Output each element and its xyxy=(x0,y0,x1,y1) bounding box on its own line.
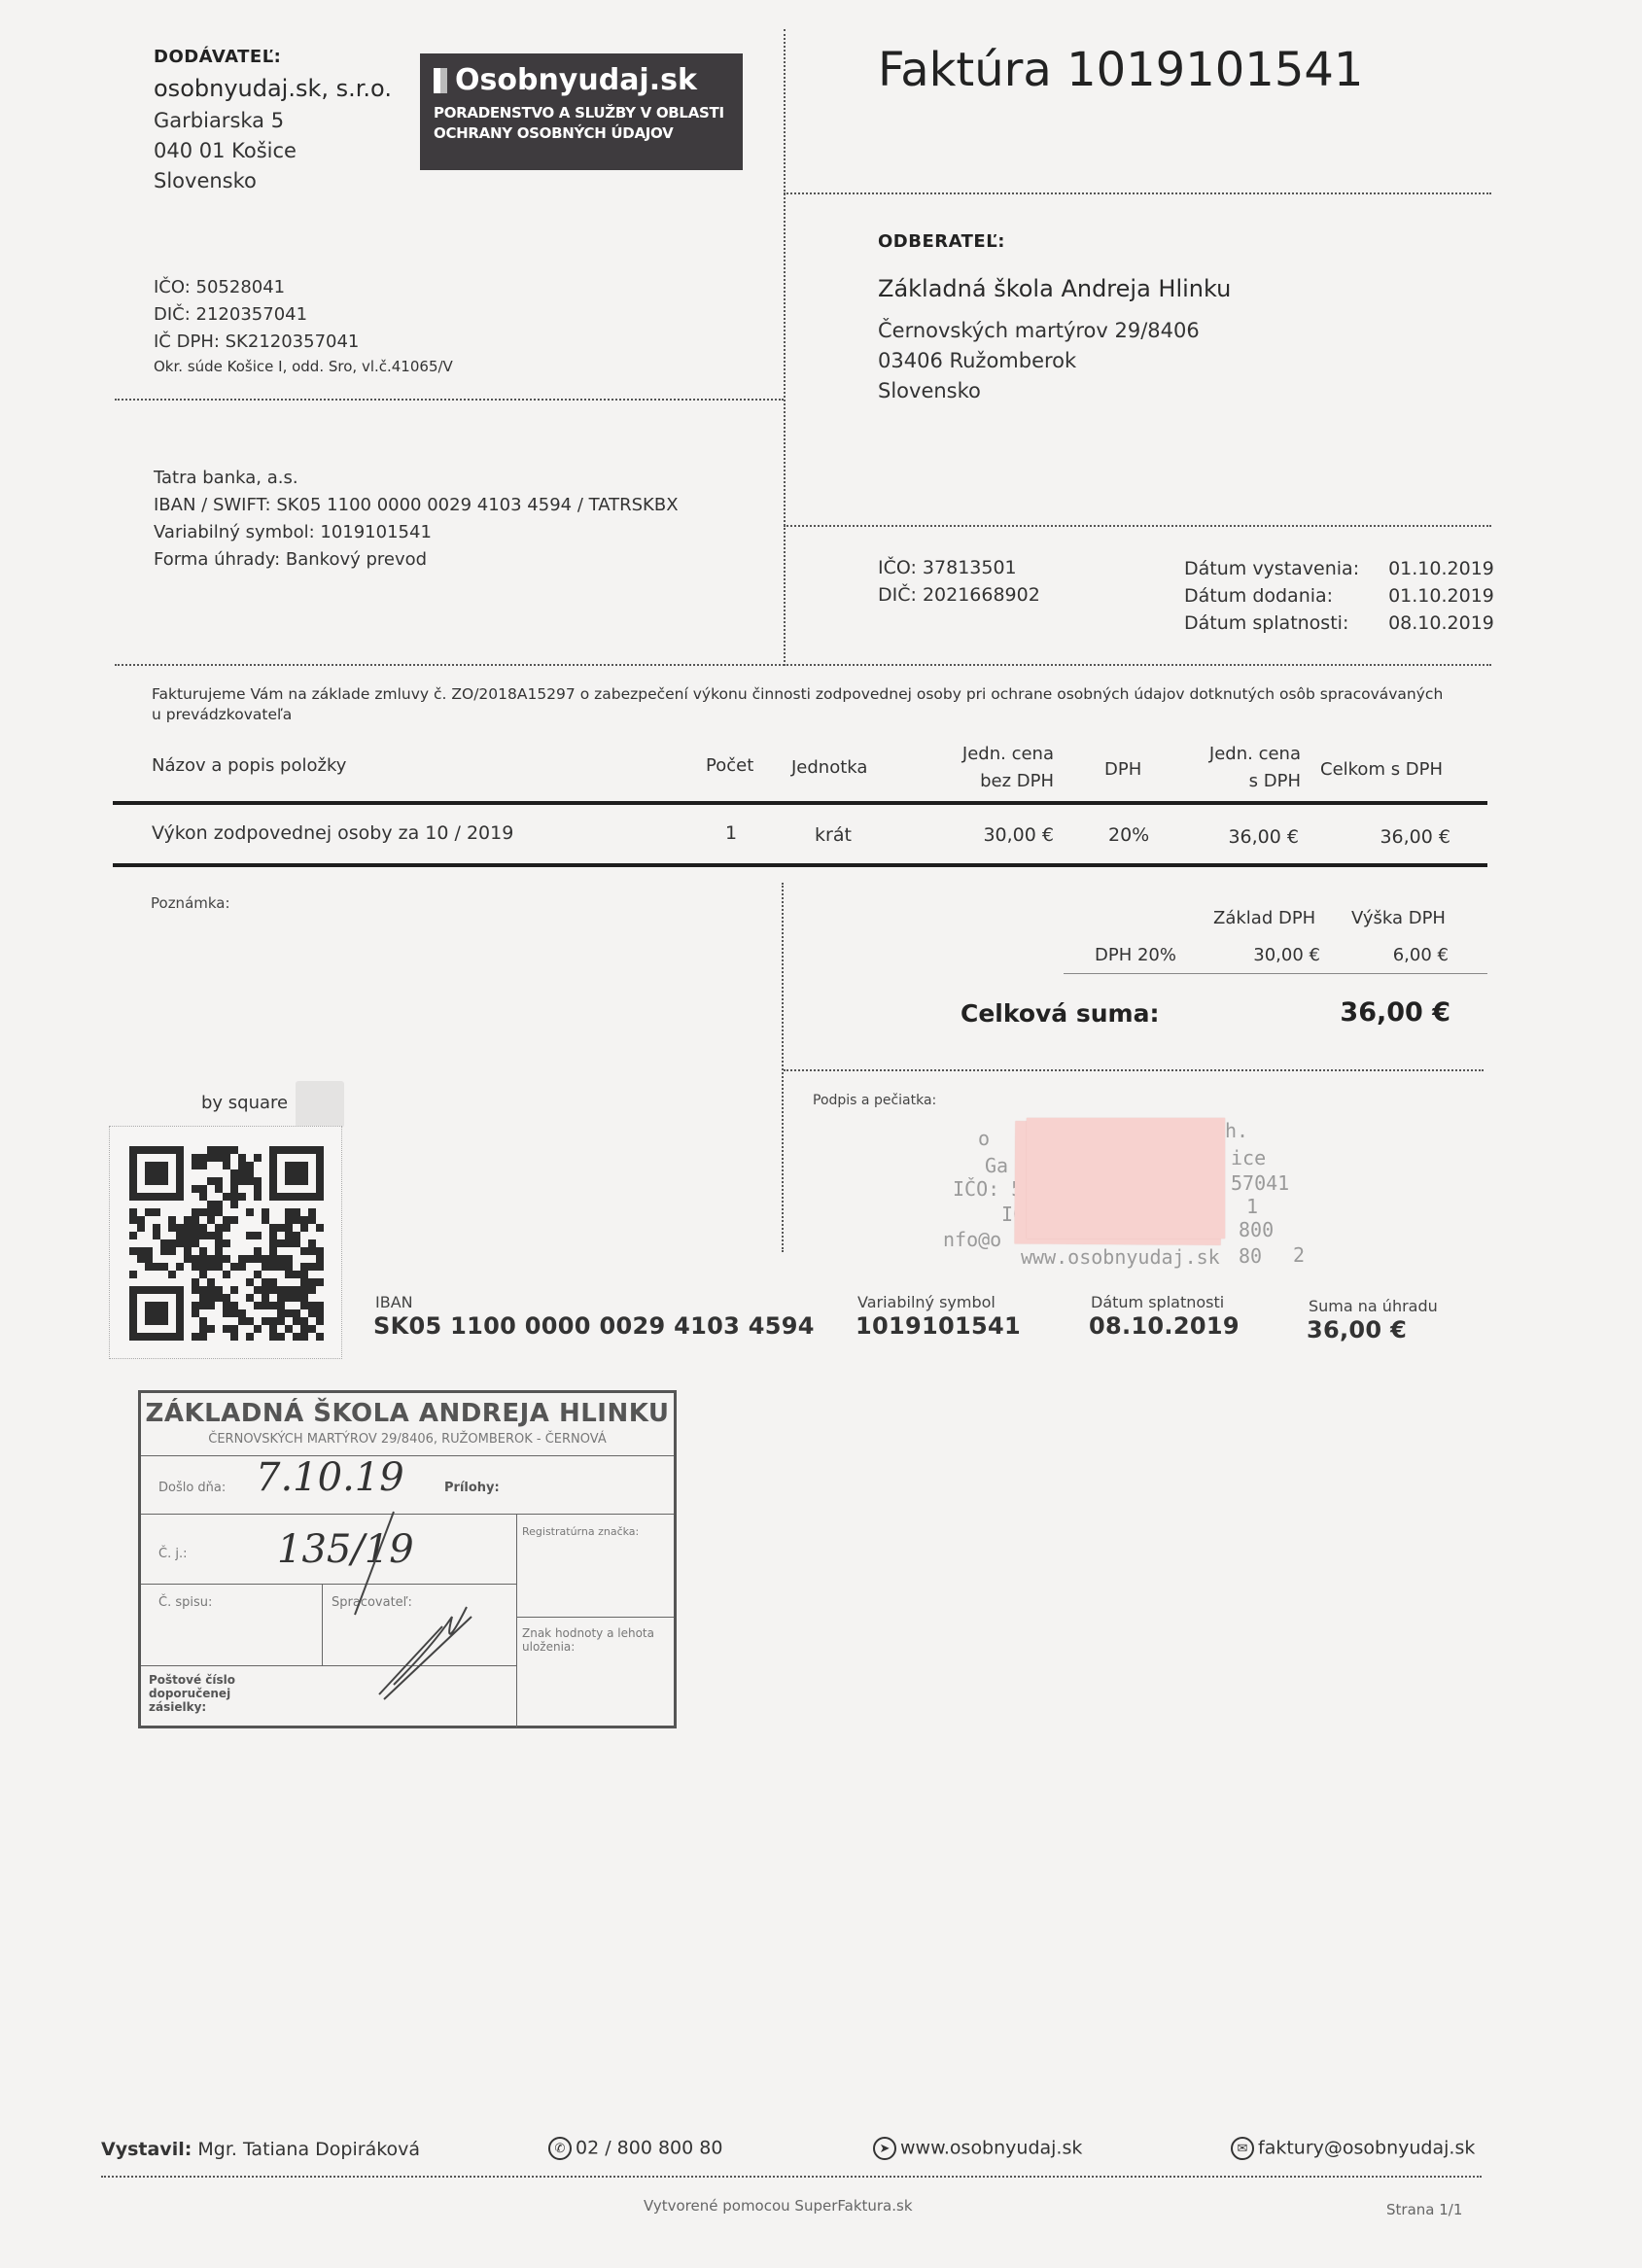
strip-vs-label: Variabilný symbol xyxy=(857,1293,996,1311)
envelope-icon: ✉ xyxy=(1231,2137,1254,2160)
date-label: Dátum vystavenia: xyxy=(1184,555,1359,582)
vat-rate: DPH 20% xyxy=(1095,945,1176,965)
table-footer-rule xyxy=(113,863,1487,867)
stamp-fragment: nfo@o xyxy=(943,1227,1001,1253)
lower-vertical-divider xyxy=(782,883,784,1252)
supplier-icdph: IČ DPH: SK2120357041 xyxy=(154,329,453,356)
vat-base-header: Základ DPH xyxy=(1213,908,1315,928)
buyer-block: ODBERATEĽ: Základná škola Andreja Hlinku… xyxy=(878,231,1231,406)
strip-iban: SK05 1100 0000 0029 4103 4594 xyxy=(373,1312,815,1340)
stamp-fragment: Ga xyxy=(985,1153,1008,1179)
supplier-dic: DIČ: 2120357041 xyxy=(154,301,453,329)
bank-block: Tatra banka, a.s. IBAN / SWIFT: SK05 110… xyxy=(154,465,679,574)
col-header-name: Názov a popis položky xyxy=(152,754,346,778)
stamp-registry-mark-label: Registratúrna značka: xyxy=(522,1525,639,1538)
divider-title xyxy=(784,192,1491,194)
phone-icon: ✆ xyxy=(548,2137,572,2160)
vat-amount: 6,00 € xyxy=(1351,945,1449,965)
stamp-rule xyxy=(516,1514,517,1727)
date-row-delivery: Dátum dodania:01.10.2019 xyxy=(1184,582,1494,610)
cursor-icon: ➤ xyxy=(873,2137,896,2160)
item-unit-price-vat: 36,00 € xyxy=(1176,826,1299,848)
handwritten-slash-icon xyxy=(350,1510,399,1617)
item-total: 36,00 € xyxy=(1342,826,1450,848)
col-header-vat: DPH xyxy=(1104,758,1141,782)
stamp-number-label: Č. j.: xyxy=(158,1547,187,1561)
supplier-block: DODÁVATEĽ: osobnyudaj.sk, s.r.o. Garbiar… xyxy=(154,47,392,196)
vat-amount-header: Výška DPH xyxy=(1351,908,1446,928)
footer-page: Strana 1/1 xyxy=(1386,2201,1462,2218)
stamp-rule xyxy=(141,1455,674,1456)
stamp-fragment: 2 xyxy=(1293,1242,1305,1269)
supplier-name: osobnyudaj.sk, s.r.o. xyxy=(154,75,392,102)
strip-sum-label: Suma na úhradu xyxy=(1309,1297,1438,1315)
date-value: 08.10.2019 xyxy=(1359,610,1494,637)
bank-payment-method: Forma úhrady: Bankový prevod xyxy=(154,546,679,574)
stamp-fragment: h. xyxy=(1225,1118,1248,1144)
supplier-label: DODÁVATEĽ: xyxy=(154,47,392,67)
strip-sum: 36,00 € xyxy=(1307,1316,1407,1343)
stamp-received-label: Došlo dňa: xyxy=(158,1481,226,1495)
total-label: Celková suma: xyxy=(961,999,1159,1028)
item-name: Výkon zodpovednej osoby za 10 / 2019 xyxy=(152,822,513,844)
stamp-attachments-label: Prílohy: xyxy=(444,1481,500,1495)
date-label: Dátum splatnosti: xyxy=(1184,610,1359,637)
registry-stamp-address: ČERNOVSKÝCH MARTÝROV 29/8406, RUŽOMBEROK… xyxy=(141,1432,674,1447)
stamp-rule xyxy=(516,1617,674,1618)
logo-tagline-2: OCHRANY OSOBNÝCH ÚDAJOV xyxy=(434,123,729,144)
stamp-received-value: 7.10.19 xyxy=(256,1455,404,1500)
col-header-unit-price-vat-line2: s DPH xyxy=(1176,770,1301,793)
registry-stamp-header: ZÁKLADNÁ ŠKOLA ANDREJA HLINKU xyxy=(141,1399,674,1428)
buyer-name: Základná škola Andreja Hlinku xyxy=(878,275,1231,302)
company-logo: Osobnyudaj.sk PORADENSTVO A SLUŽBY V OBL… xyxy=(420,53,743,170)
bank-name: Tatra banka, a.s. xyxy=(154,465,679,492)
buyer-ids: IČO: 37813501 DIČ: 2021668902 xyxy=(878,554,1040,609)
footer-phone: ✆02 / 800 800 80 xyxy=(548,2137,722,2160)
footer-email[interactable]: ✉faktury@osobnyudaj.sk xyxy=(1231,2137,1475,2160)
stamp-retention-label: Znak hodnoty a lehota uloženia: xyxy=(522,1626,668,1654)
col-header-unit: Jednotka xyxy=(791,756,867,780)
item-unit-price: 30,00 € xyxy=(933,824,1054,846)
buyer-ico: IČO: 37813501 xyxy=(878,554,1040,581)
stamp-rule xyxy=(322,1584,323,1665)
item-vat: 20% xyxy=(1108,824,1149,846)
col-header-unit-price-vat-line1: Jedn. cena xyxy=(1176,743,1301,766)
payment-qr-code xyxy=(129,1146,324,1341)
footer-issued-by-name: Mgr. Tatiana Dopiráková xyxy=(197,2139,420,2160)
item-unit: krát xyxy=(815,824,852,846)
invoice-intro: Fakturujeme Vám na základe zmluvy č. ZO/… xyxy=(152,684,1445,725)
invoice-dates: Dátum vystavenia:01.10.2019 Dátum dodani… xyxy=(1184,555,1494,637)
buyer-dic: DIČ: 2021668902 xyxy=(878,581,1040,609)
bank-variable-symbol: Variabilný symbol: 1019101541 xyxy=(154,519,679,546)
vertical-divider xyxy=(784,29,786,666)
vat-summary-rule xyxy=(1064,973,1487,974)
stamp-rule xyxy=(141,1514,674,1515)
date-value: 01.10.2019 xyxy=(1359,582,1494,610)
col-header-total: Celkom s DPH xyxy=(1320,758,1443,782)
strip-iban-label: IBAN xyxy=(375,1293,413,1311)
footer-created-with: Vytvorené pomocou SuperFaktura.sk xyxy=(644,2197,913,2215)
strip-vs: 1019101541 xyxy=(856,1312,1021,1340)
stamp-post-label: Poštové číslo doporučenej zásielky: xyxy=(149,1673,256,1714)
logo-brand: Osobnyudaj.sk xyxy=(455,63,697,97)
footer-email-link[interactable]: faktury@osobnyudaj.sk xyxy=(1258,2138,1475,2159)
footer-issued-by-label: Vystavil: xyxy=(101,2139,192,2160)
footer-issued-by: Vystavil: Mgr. Tatiana Dopiráková xyxy=(101,2139,420,2160)
date-row-due: Dátum splatnosti:08.10.2019 xyxy=(1184,610,1494,637)
footer-divider xyxy=(101,2176,1482,2178)
table-header-rule xyxy=(113,801,1487,805)
buyer-street: Černovských martýrov 29/8406 xyxy=(878,316,1231,346)
stamp-fragment: 57041 xyxy=(1231,1170,1289,1197)
buyer-label: ODBERATEĽ: xyxy=(878,231,1231,252)
buyer-city: 03406 Ružomberok xyxy=(878,346,1231,376)
supplier-country: Slovensko xyxy=(154,166,392,196)
strip-due-label: Dátum splatnosti xyxy=(1091,1293,1224,1311)
col-header-unit-price-line1: Jedn. cena xyxy=(933,743,1054,766)
divider-supplier xyxy=(115,399,784,401)
qr-caption: by square xyxy=(201,1093,288,1113)
col-header-qty: Počet xyxy=(706,754,753,778)
signature-label: Podpis a pečiatka: xyxy=(813,1093,936,1108)
supplier-register: Okr. súde Košice I, odd. Sro, vl.č.41065… xyxy=(154,358,453,375)
buyer-country: Slovensko xyxy=(878,376,1231,406)
note-label: Poznámka: xyxy=(151,894,230,912)
bank-iban-swift: IBAN / SWIFT: SK05 1100 0000 0029 4103 4… xyxy=(154,492,679,519)
total-value: 36,00 € xyxy=(1303,997,1450,1028)
divider-buyer xyxy=(784,525,1491,527)
qr-badge-icon xyxy=(296,1081,344,1128)
invoice-title: Faktúra 1019101541 xyxy=(878,43,1363,97)
col-header-unit-price-line2: bez DPH xyxy=(933,770,1054,793)
divider-header xyxy=(115,664,1491,666)
logo-mark-icon xyxy=(434,68,447,93)
stamp-fragment: ice xyxy=(1231,1145,1266,1171)
supplier-street: Garbiarska 5 xyxy=(154,106,392,136)
date-label: Dátum dodania: xyxy=(1184,582,1359,610)
vat-base: 30,00 € xyxy=(1213,945,1320,965)
stamp-file-label: Č. spisu: xyxy=(158,1595,212,1610)
date-value: 01.10.2019 xyxy=(1359,555,1494,582)
col-header-unit-price-vat: Jedn. cena s DPH xyxy=(1176,743,1301,793)
payment-qr-frame xyxy=(109,1126,342,1359)
item-qty: 1 xyxy=(725,822,737,844)
col-header-unit-price: Jedn. cena bez DPH xyxy=(933,743,1054,793)
stamp-fragment: IČO: 5 xyxy=(953,1176,1023,1203)
footer-web[interactable]: ➤www.osobnyudaj.sk xyxy=(873,2137,1082,2160)
stamp-fragment: o xyxy=(978,1126,990,1152)
divider-total xyxy=(784,1069,1484,1071)
stamp-fragment: www.osobnyudaj.sk xyxy=(1021,1244,1220,1271)
supplier-ico: IČO: 50528041 xyxy=(154,274,453,301)
redaction-sticker xyxy=(1027,1118,1225,1239)
strip-due: 08.10.2019 xyxy=(1089,1312,1240,1340)
registry-stamp: ZÁKLADNÁ ŠKOLA ANDREJA HLINKU ČERNOVSKÝC… xyxy=(138,1390,677,1728)
supplier-ids: IČO: 50528041 DIČ: 2120357041 IČ DPH: SK… xyxy=(154,274,453,375)
footer-web-link[interactable]: www.osobnyudaj.sk xyxy=(900,2138,1082,2159)
date-row-issued: Dátum vystavenia:01.10.2019 xyxy=(1184,555,1494,582)
stamp-fragment: 1 xyxy=(1246,1194,1258,1220)
supplier-city: 040 01 Košice xyxy=(154,136,392,166)
footer-phone-text: 02 / 800 800 80 xyxy=(576,2138,722,2159)
logo-tagline-1: PORADENSTVO A SLUŽBY V OBLASTI xyxy=(434,103,729,123)
